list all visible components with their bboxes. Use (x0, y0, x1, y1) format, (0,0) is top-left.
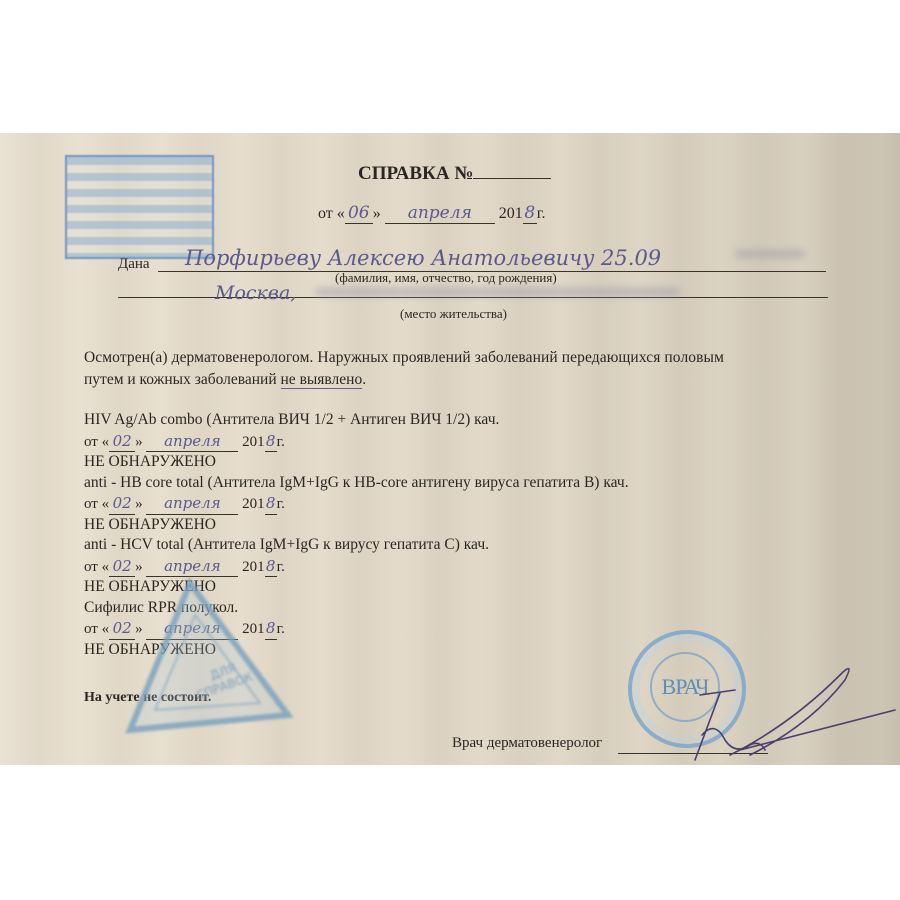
test-date: от «02» апреля 2018г. (84, 431, 629, 453)
issued-to-value: Порфирьеву Алексею Анатольевичу 25.09 (185, 246, 661, 270)
test-name: anti - HB core total (Антитела IgM+IgG к… (84, 473, 629, 494)
test-result: HIV Ag/Ab combo (Антитела ВИЧ 1/2 + Анти… (84, 410, 629, 473)
triangle-stamp: ДЛЯ СПРАВОК (120, 575, 300, 735)
residence-caption: (место жительства) (400, 306, 507, 322)
signature-scribble (640, 655, 900, 765)
issued-to-label: Дана (118, 256, 150, 273)
test-date: от «02» апреля 2018г. (84, 556, 629, 578)
residence-value: Москва, (215, 282, 296, 304)
signature-label: Врач дерматовенеролог (452, 735, 602, 752)
test-name: anti - HCV total (Антитела IgM+IgG к вир… (84, 535, 629, 556)
test-result-status: НЕ ОБНАРУЖЕНО (84, 452, 629, 473)
test-result-status: НЕ ОБНАРУЖЕНО (84, 515, 629, 536)
document-date: от «06» апреля 2018г. (318, 203, 546, 224)
exam-text-line-2: путем и кожных заболеваний не выявлено. (84, 370, 366, 391)
test-result: anti - HB core total (Антитела IgM+IgG к… (84, 473, 629, 536)
issued-to-caption: (фамилия, имя, отчество, год рождения) (335, 270, 557, 286)
redacted-birth-year (735, 250, 805, 258)
exam-result-underlined: не выявлено (281, 371, 363, 389)
redacted-address (315, 288, 680, 296)
redacted-clinic-stamp (65, 155, 214, 259)
test-name: HIV Ag/Ab combo (Антитела ВИЧ 1/2 + Анти… (84, 410, 629, 431)
document-title: СПРАВКА № (358, 160, 551, 185)
test-date: от «02» апреля 2018г. (84, 493, 629, 515)
exam-text-line-1: Осмотрен(а) дерматовенерологом. Наружных… (84, 348, 864, 369)
